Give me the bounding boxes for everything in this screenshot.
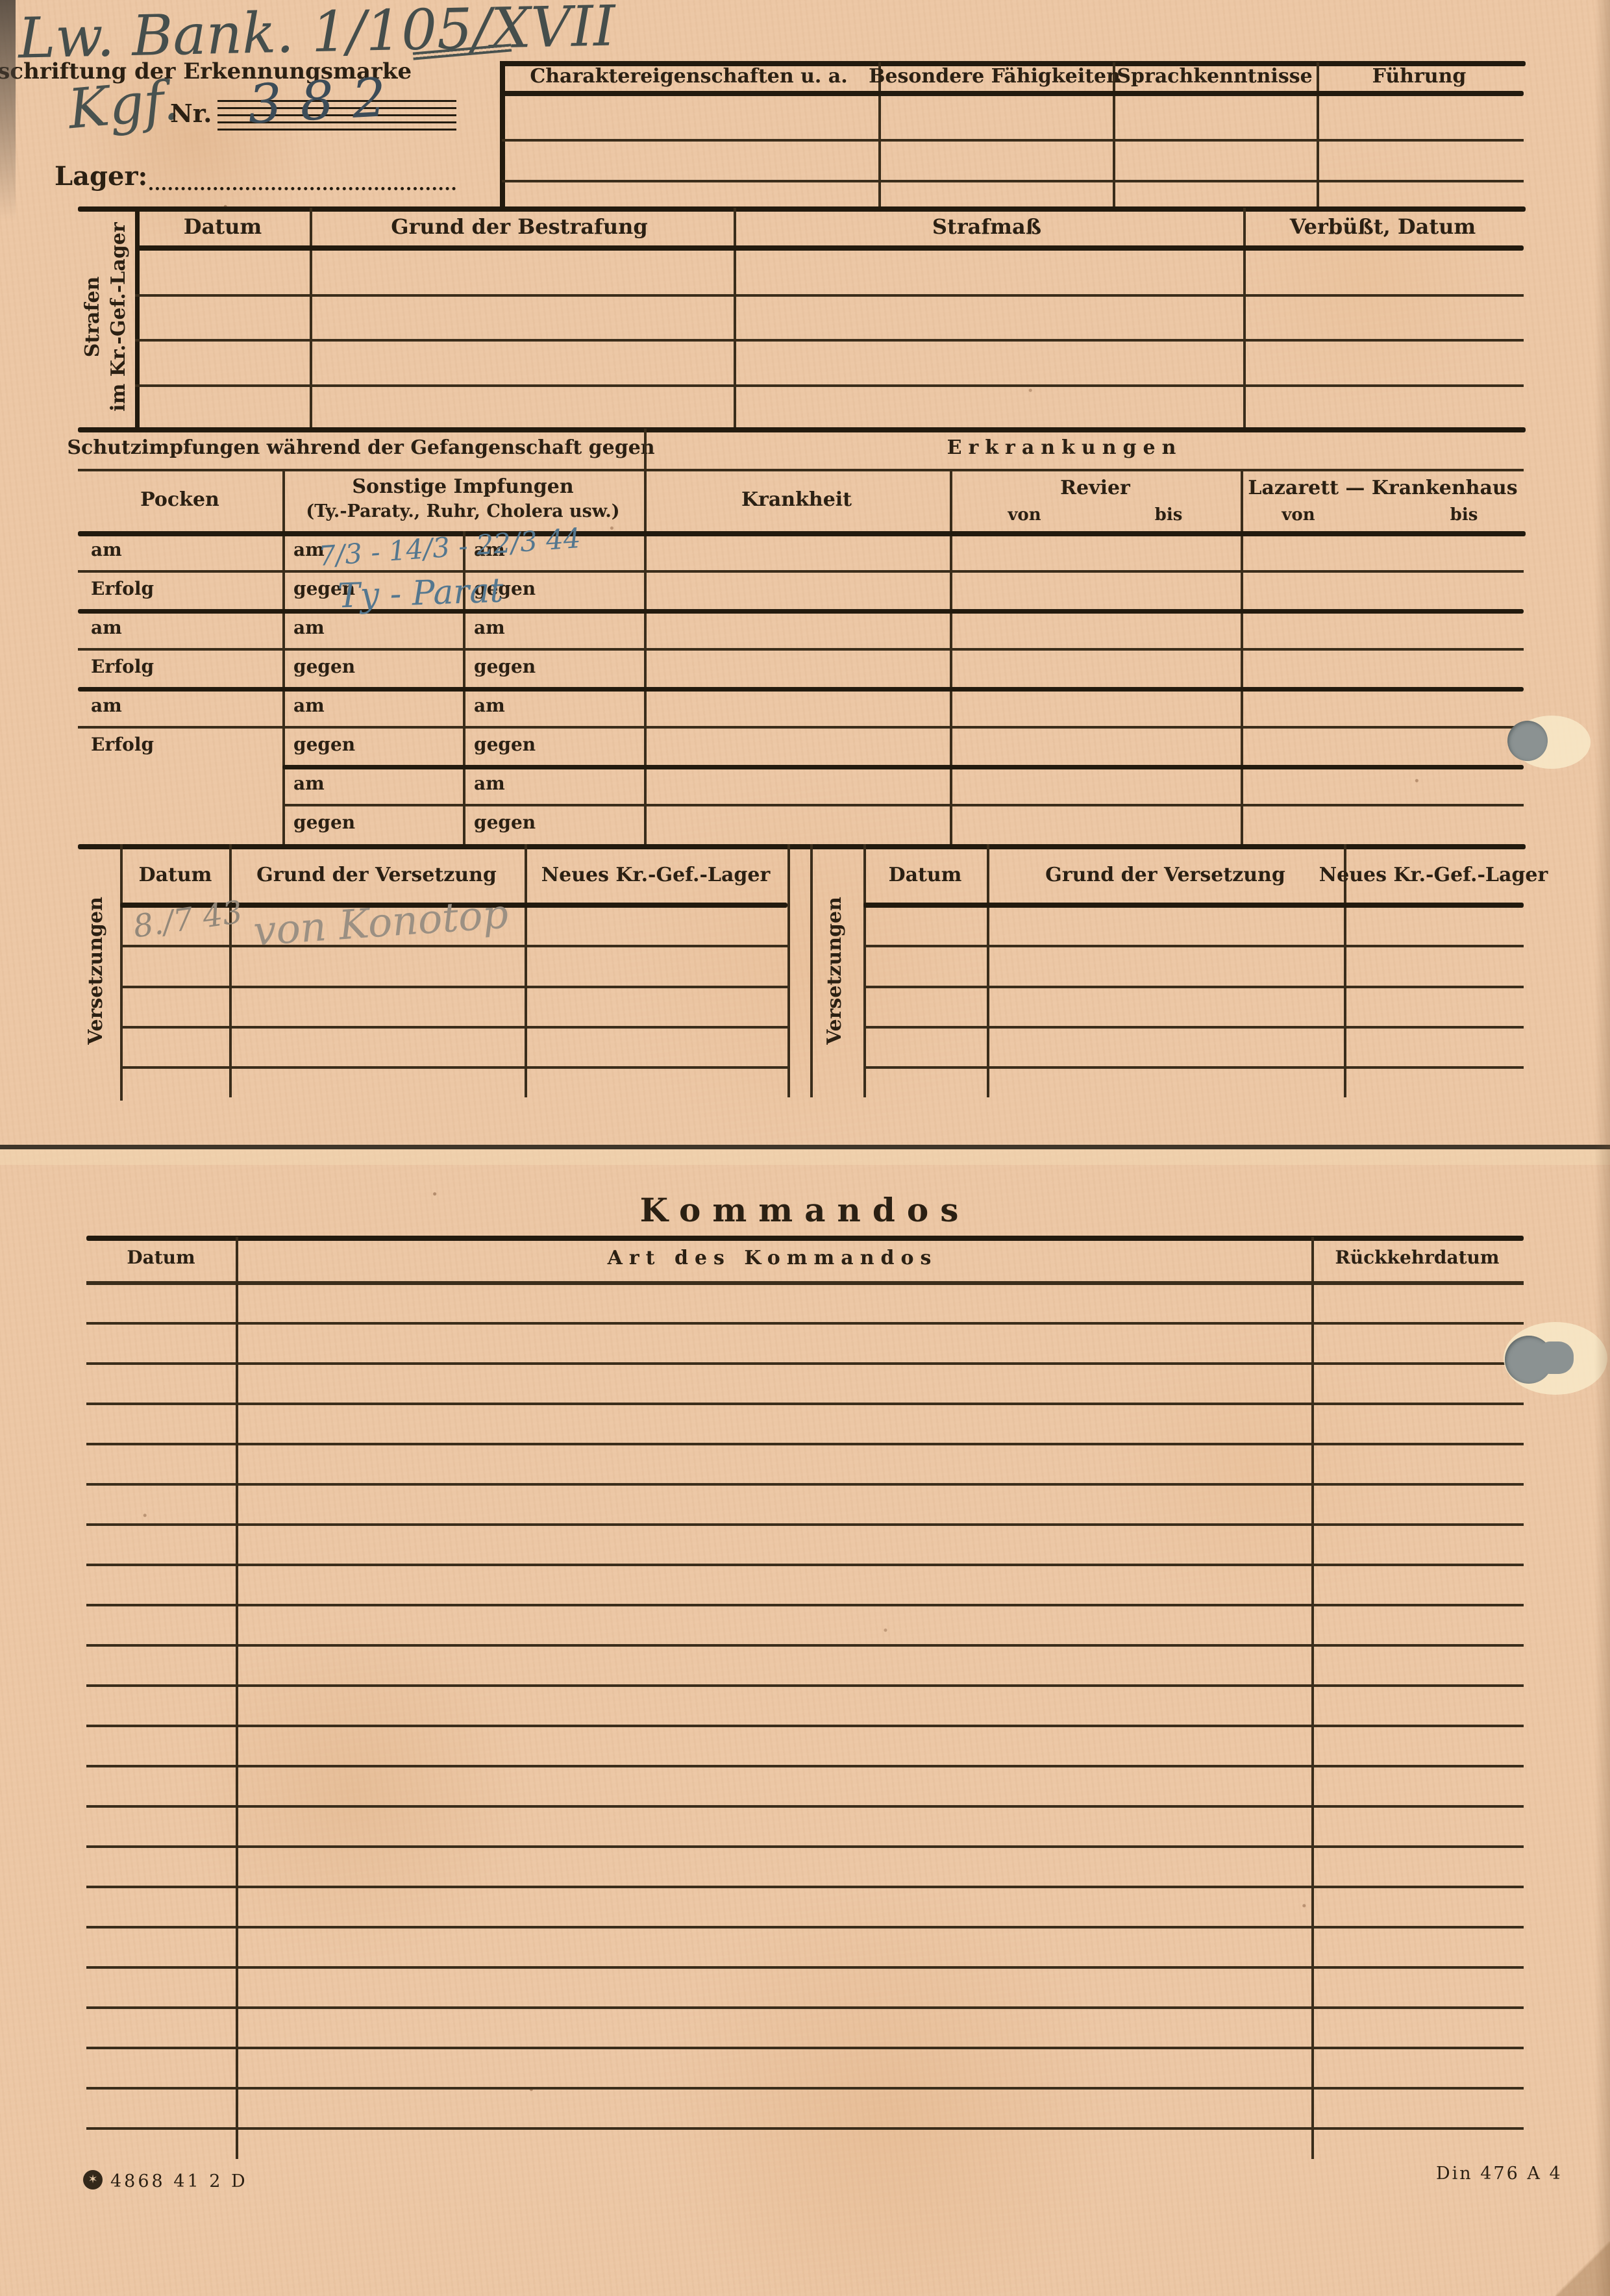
tag-number-handwriting: 382 [247,66,406,136]
hole-punch [1507,721,1548,761]
scan-left-edge-shadow [0,0,16,221]
v-rule [525,844,527,1097]
versetzungen-a-col-header: Datum [139,864,212,886]
h-rule [86,1523,1524,1526]
strafen-side-label-line1: Strafen [80,210,106,424]
h-rule [135,294,1524,297]
revier-von-label: von [1008,505,1041,525]
sonstige2-am-label: am [474,617,505,638]
impfungen-title: Schutzimpfungen während der Gefangenscha… [67,436,654,459]
sonstige1-gegen-label: gegen [293,656,355,677]
h-rule [863,903,1524,908]
sonstige-header-line2: (Ty.-Paraty., Ruhr, Cholera usw.) [306,501,619,521]
h-rule [135,339,1524,342]
h-rule [86,2006,1524,2009]
kommandos-col-header: Rückkehrdatum [1335,1247,1499,1268]
v-rule [734,208,736,429]
lazarett-header: Lazarett — Krankenhaus [1248,477,1517,499]
h-rule [86,1236,1524,1241]
v-rule [1241,469,1243,847]
h-rule [86,1966,1524,1969]
h-rule [86,1322,1524,1325]
h-rule [86,1684,1524,1687]
h-rule [86,1926,1524,1928]
strafen-side-label-line2: im Kr.-Gef.-Lager [106,210,132,424]
h-rule [120,1066,787,1069]
h-rule [78,609,1524,614]
v-rule [236,1237,238,2159]
traits-col-header: Führung [1372,65,1467,88]
strafen-col-header: Strafmaß [932,214,1041,239]
h-rule [120,1026,787,1029]
h-rule [86,1644,1524,1647]
revier-bis-label: bis [1155,505,1183,525]
h-rule [502,180,1524,182]
v-rule [229,844,232,1097]
h-rule [86,1765,1524,1767]
h-rule [86,2047,1524,2049]
pow-record-card-scan: Lw. Bank. 1/105/XVII Beschriftung der Er… [0,0,1610,2296]
erkrankungen-title: Erkrankungen [947,436,1183,459]
card-edge-highlight [0,1149,1610,1165]
pocken-erfolg-label: Erfolg [91,734,154,755]
v-rule [950,469,952,847]
h-rule [78,427,1526,432]
v-rule [310,208,312,429]
lager-label: Lager: [55,161,147,192]
h-rule [86,1805,1524,1808]
pocken-erfolg-label: Erfolg [91,656,154,677]
v-rule [644,429,647,847]
sonstige1-gegen-label: gegen [293,812,355,833]
kommandos-col-header: Datum [127,1247,195,1268]
sonstige2-gegen-label: gegen [474,734,536,755]
h-rule [502,139,1524,142]
h-rule [86,2127,1524,2130]
v-rule [135,206,140,430]
h-rule [86,1281,1524,1285]
h-rule [78,648,1524,651]
pocken-am-label: am [91,539,122,560]
v-rule [1311,1237,1314,2159]
h-rule [78,687,1524,692]
versetzungen-b-col-header: Neues Kr.-Gef.-Lager [1319,864,1548,886]
h-rule [86,1362,1524,1365]
versetzungen-b-col-header: Grund der Versetzung [1045,864,1285,886]
pocken-am-label: am [91,617,122,638]
h-rule [78,531,1526,536]
strafen-col-header: Datum [184,214,262,239]
v-rule [863,844,866,1097]
versetzungen-b-col-header: Datum [889,864,962,886]
sonstige2-gegen-label: gegen [474,812,536,833]
hole-punch-tear [1540,1341,1574,1374]
vaccine-name-handwriting: Ty - Parat [337,571,504,616]
h-rule [78,726,1524,729]
h-rule [135,245,1524,251]
revier-header: Revier [1060,477,1130,499]
h-rule [86,1604,1524,1606]
h-rule [86,1564,1524,1566]
h-rule [78,570,1524,573]
strafen-side-label: Strafen im Kr.-Gef.-Lager [80,210,134,424]
scan-right-edge-shadow [1594,0,1610,2296]
sonstige2-am-label: am [474,695,505,716]
footer-din-code: Din 476 A 4 [1436,2164,1563,2184]
nr-label: Nr. [170,99,212,128]
h-rule [86,2087,1524,2090]
h-rule [86,1725,1524,1727]
kommandos-title: Kommandos [640,1191,971,1229]
h-rule [78,469,1524,471]
h-rule [135,384,1524,387]
versetzungen-a-col-header: Neues Kr.-Gef.-Lager [541,864,771,886]
h-rule [120,986,787,988]
h-rule [78,206,1526,212]
h-rule [86,1483,1524,1486]
h-rule [86,1403,1524,1405]
traits-col-header: Besondere Fähigkeiten [869,65,1121,88]
v-rule [120,844,123,1101]
sonstige1-am-label: am [293,773,325,794]
lazarett-bis-label: bis [1450,505,1478,525]
kommandos-col-header: Art des Kommandos [608,1247,938,1269]
v-rule [987,844,989,1097]
lazarett-von-label: von [1282,505,1315,525]
krankheit-header: Krankheit [741,488,852,511]
h-rule [282,765,1524,769]
printer-mark-icon: ✶ [83,2170,103,2190]
sonstige2-gegen-label: gegen [474,656,536,677]
footer-print-code: 4868 41 2 D [110,2171,248,2191]
traits-col-header: Charaktereigenschaften u. a. [530,65,847,88]
v-rule [787,844,790,1097]
sonstige1-am-label: am [293,617,325,638]
h-rule [282,804,1524,806]
pocken-erfolg-label: Erfolg [91,578,154,599]
kgf-handwriting: Kgf. [66,68,182,142]
pocken-am-label: am [91,695,122,716]
v-rule [1317,62,1319,208]
v-rule [1243,208,1246,429]
h-rule [120,945,787,947]
v-rule [282,469,285,847]
traits-col-header: Sprachkenntnisse [1117,65,1312,88]
h-rule [78,844,1526,849]
sonstige1-gegen-label: gegen [293,734,355,755]
h-rule [500,91,1524,96]
strafen-col-header: Verbüßt, Datum [1290,214,1476,239]
corner-fold-shadow [1555,2241,1610,2296]
strafen-col-header: Grund der Bestrafung [391,214,647,239]
h-rule [86,1443,1524,1445]
v-rule [810,844,813,1097]
versetzungen-b-side-label: Versetzungen [822,873,850,1068]
h-rule [863,1066,1524,1069]
h-rule [863,1026,1524,1029]
lager-dotted-line [149,168,456,190]
card-edge-shadow [0,1145,1610,1149]
h-rule [86,1886,1524,1888]
h-rule [863,945,1524,947]
versetzungen-a-side-label: Versetzungen [83,873,112,1068]
h-rule [863,986,1524,988]
versetzung-date-handwriting: 8./7 43 [131,894,245,945]
v-rule [500,61,505,209]
h-rule [86,1845,1524,1848]
versetzungen-a-col-header: Grund der Versetzung [256,864,497,886]
pocken-header: Pocken [140,488,219,511]
vaccination-dates-handwriting: 7/3 - 14/3 - 22/3 44 [317,522,582,572]
sonstige2-am-label: am [474,773,505,794]
sonstige-header-line1: Sonstige Impfungen [352,475,573,498]
sonstige1-am-label: am [293,695,325,716]
